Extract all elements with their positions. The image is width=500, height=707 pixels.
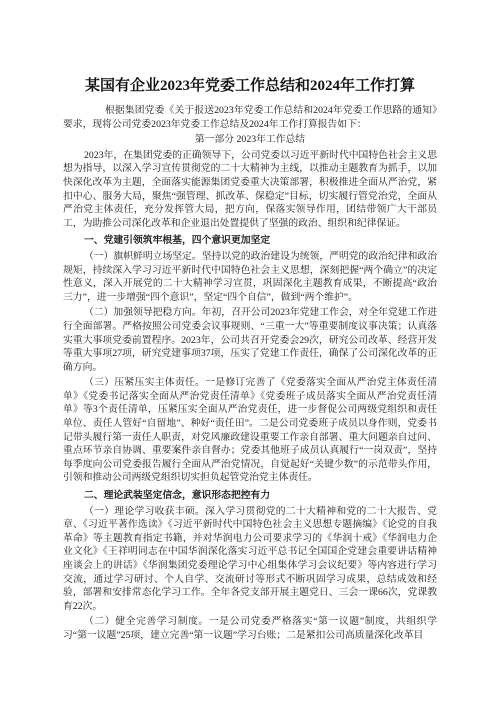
section2-paragraph-1: （一）理论学习收获丰硕。深入学习贯彻党的二十大精神和党的二十大报告、党章、《习近…: [63, 505, 437, 614]
section1-paragraph-1: （一）旗帜鲜明立场坚定。坚持以党的政治建设为统领，严明党的政治纪律和政治规矩，持…: [63, 250, 437, 304]
intro-paragraph: 根据集团党委《关于报送2023年党委工作总结和2024年党委工作思路的通知》要求…: [63, 104, 437, 131]
overview-paragraph: 2023年，在集团党委的正确领导下，公司党委以习近平新时代中国特色社会主义思想为…: [63, 149, 437, 231]
document-page: 某国有企业2023年党委工作总结和2024年工作打算 根据集团党委《关于报送20…: [0, 0, 500, 707]
section1-paragraph-2: （二）加强领导把稳方向。年初，召开公司2023年党建工作会，对全年党建工作进行全…: [63, 306, 437, 374]
section1-paragraph-3: （三）压紧压实主体责任。一是修订完善了《党委落实全面从严治党主体责任清单》《党委…: [63, 376, 437, 485]
document-content: 某国有企业2023年党委工作总结和2024年工作打算 根据集团党委《关于报送20…: [63, 0, 437, 643]
document-title: 某国有企业2023年党委工作总结和2024年工作打算: [63, 76, 437, 96]
section-heading-2: 二、理论武装坚定信念，意识形态把控有力: [63, 489, 437, 503]
part-heading: 第一部分 2023年工作总结: [63, 133, 437, 147]
section2-paragraph-2: （二）健全完善学习制度。一是公司党委严格落实“第一议题”制度，共组织学习“第一议…: [63, 615, 437, 642]
section-heading-1: 一、党建引领筑牢根基，四个意识更加坚定: [63, 234, 437, 248]
